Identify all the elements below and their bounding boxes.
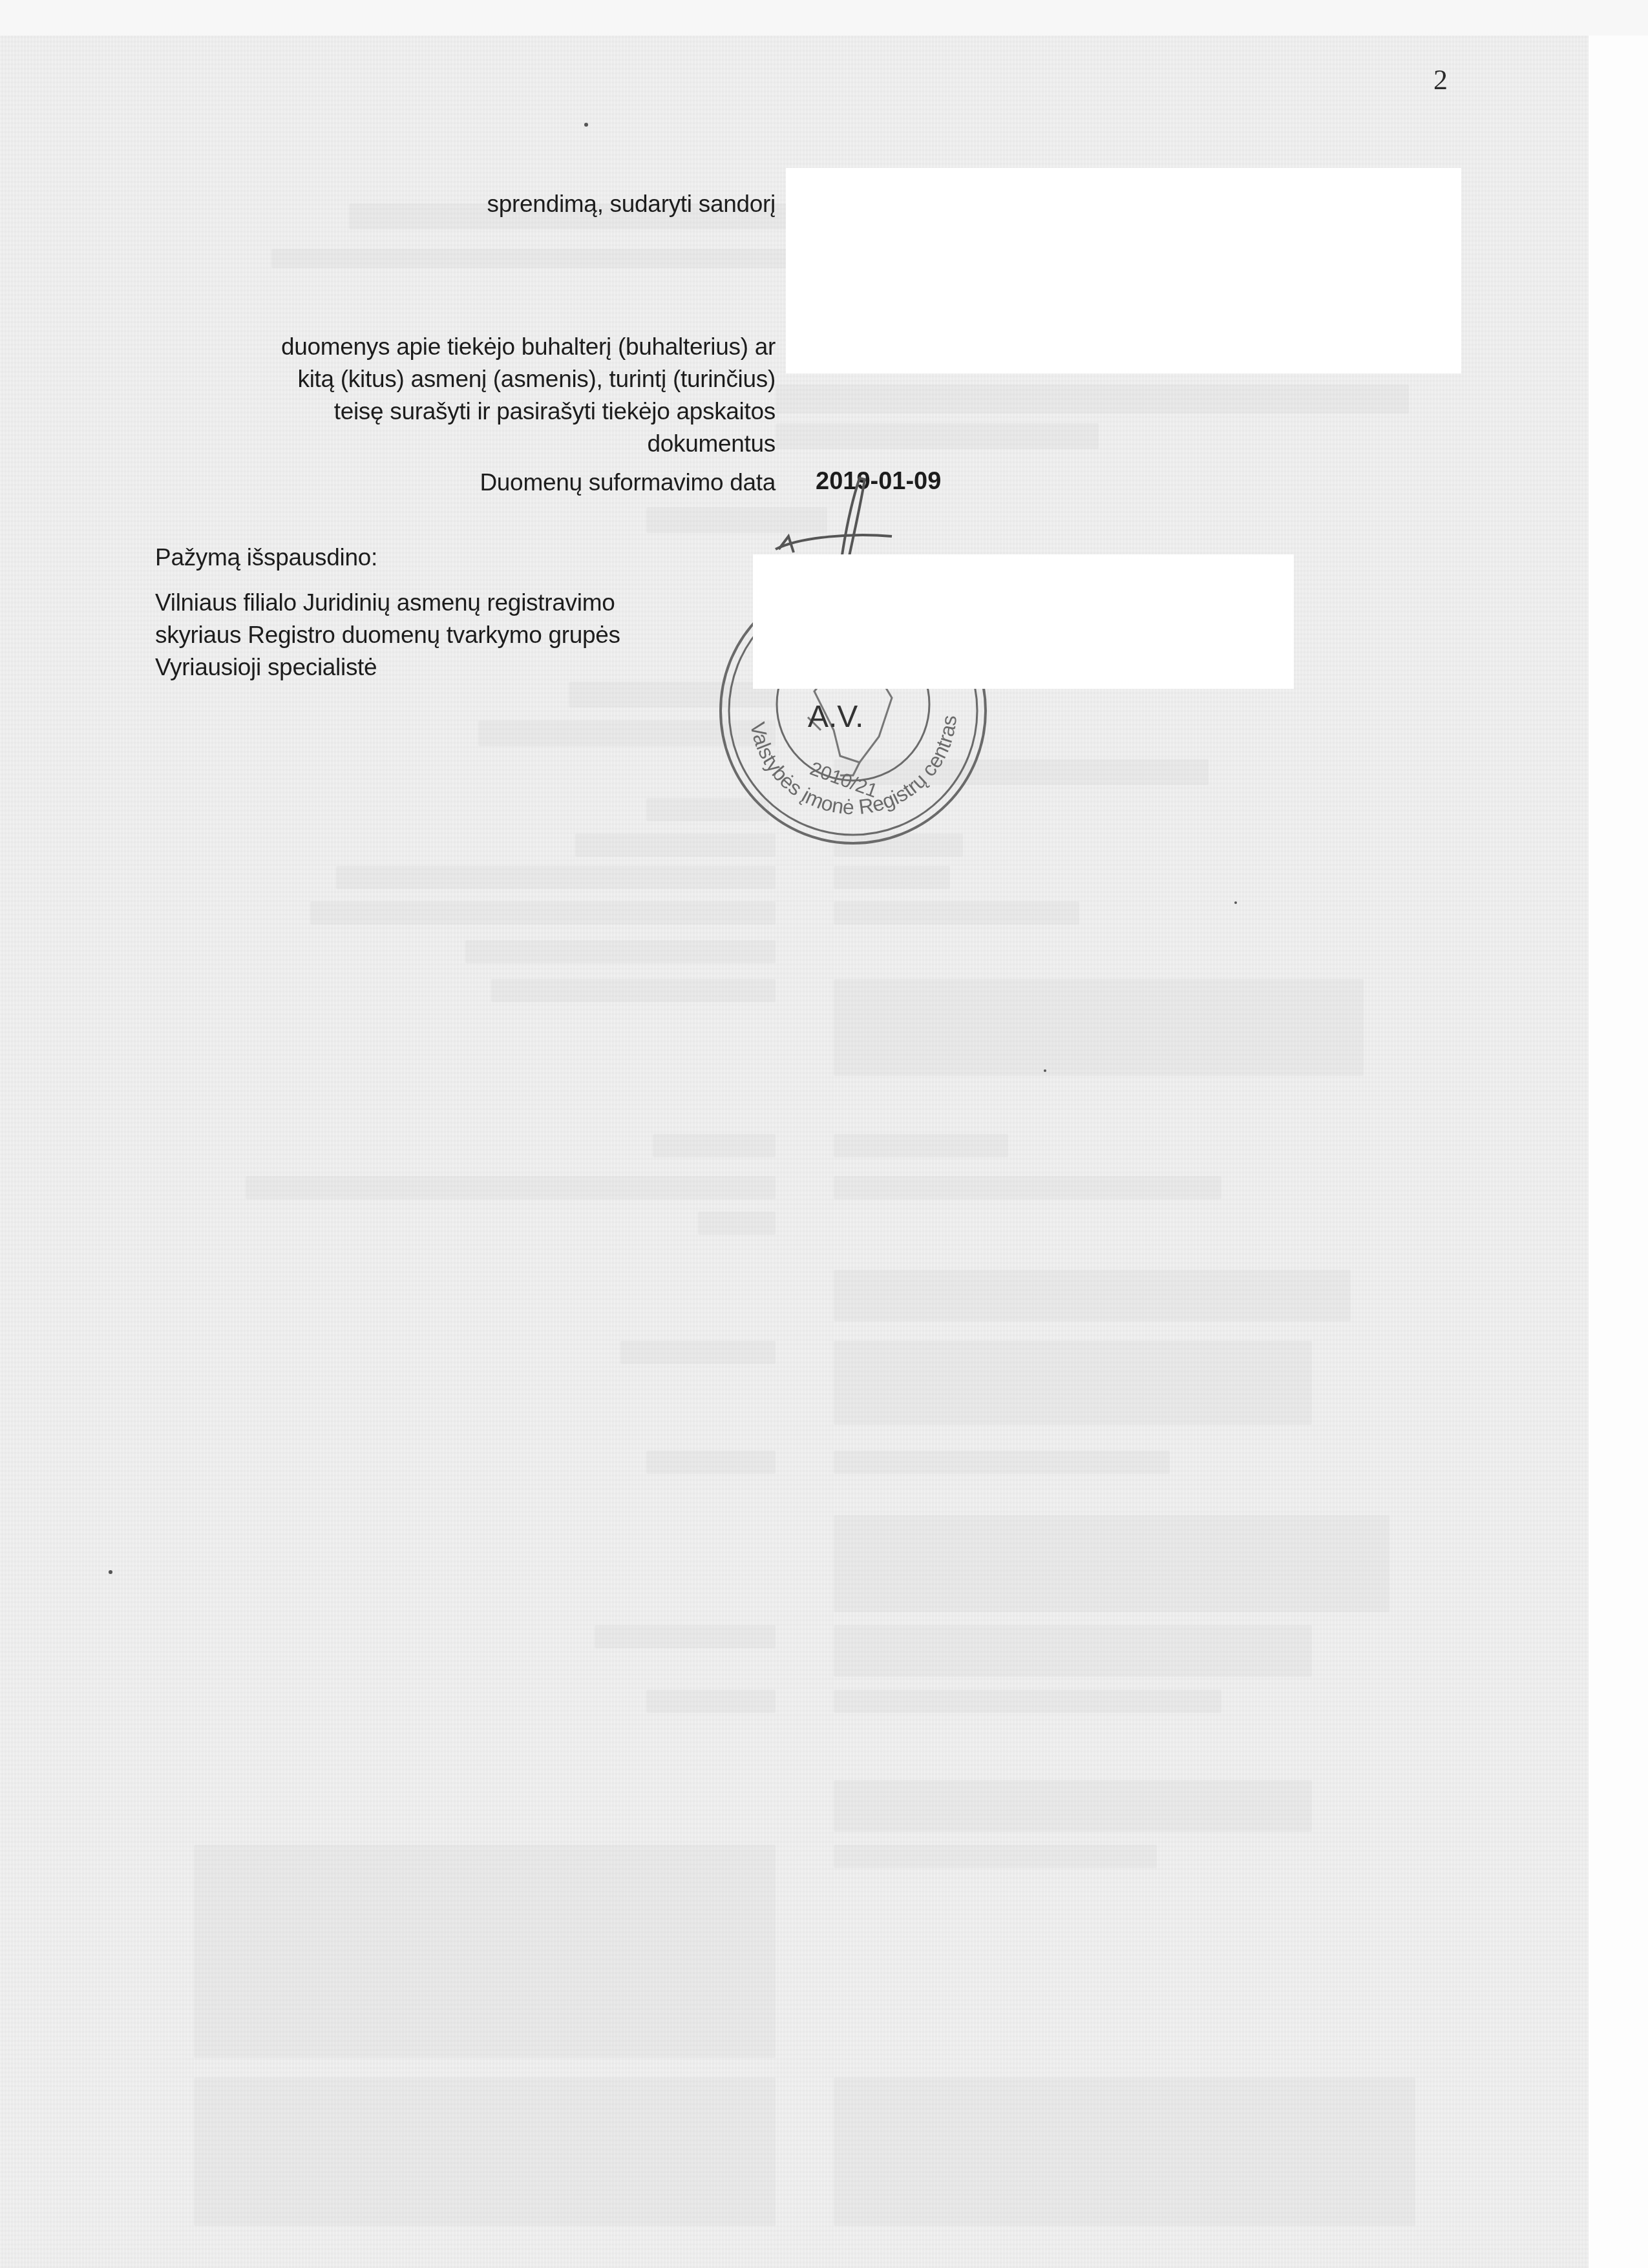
department-line: Vyriausioji specialistė (155, 651, 737, 684)
bleed-through-text (834, 1451, 1170, 1474)
bleed-through-text (834, 1690, 1221, 1713)
bleed-through-text (465, 940, 776, 963)
bleed-through-text (834, 979, 1364, 1076)
bleed-through-text (834, 1845, 1157, 1868)
bleed-through-text (698, 1212, 776, 1235)
bleed-through-text (776, 423, 1099, 449)
bleed-through-text (834, 1134, 1008, 1157)
scan-speck (584, 123, 588, 127)
scan-right-margin (1589, 36, 1648, 2268)
department-line: Vilniaus filialo Juridinių asmenų regist… (155, 587, 737, 619)
bleed-through-text (834, 866, 950, 889)
bleed-through-text (834, 1515, 1389, 1612)
bleed-through-text (646, 1690, 776, 1713)
bleed-through-text (646, 1451, 776, 1474)
label-line: duomenys apie tiekėjo buhalterį (buhalte… (129, 331, 776, 363)
scan-speck (1234, 901, 1237, 904)
bleed-through-text (310, 901, 776, 925)
bleed-through-text (595, 1625, 776, 1648)
bleed-through-text (834, 1780, 1312, 1832)
bleed-through-text (194, 1845, 776, 2058)
field-label-data-date: Duomenų suformavimo data (362, 467, 776, 499)
scan-speck (1044, 1069, 1046, 1072)
scan-speck (109, 1570, 112, 1574)
field-label-accountant: duomenys apie tiekėjo buhalterį (buhalte… (129, 331, 776, 460)
label-line: dokumentus (129, 428, 776, 460)
bleed-through-text (194, 2077, 776, 2226)
redacted-signatory-block (753, 554, 1294, 689)
page-number: 2 (1433, 63, 1448, 96)
seal-mark: A.V. (808, 700, 863, 734)
bleed-through-text (834, 1625, 1312, 1677)
bleed-through-text (834, 901, 1079, 925)
bleed-through-text (271, 249, 801, 268)
bleed-through-text (834, 2077, 1415, 2226)
bleed-through-text (834, 1176, 1221, 1199)
field-label-decision: sprendimą, sudaryti sandorį (362, 188, 776, 220)
label-line: kitą (kitus) asmenį (asmenis), turintį (… (129, 363, 776, 395)
bleed-through-text (834, 1341, 1312, 1425)
printed-by-heading: Pažymą išspausdino: (155, 541, 377, 574)
bleed-through-text (834, 1270, 1351, 1321)
department-line: skyriaus Registro duomenų tvarkymo grupė… (155, 619, 737, 651)
bleed-through-text (620, 1341, 776, 1364)
bleed-through-text (336, 866, 776, 889)
label-line: teisę surašyti ir pasirašyti tiekėjo aps… (129, 395, 776, 428)
bleed-through-text (653, 1134, 776, 1157)
bleed-through-text (491, 979, 776, 1002)
redacted-value-block (786, 168, 1461, 373)
scan-top-margin (0, 0, 1648, 36)
bleed-through-text (776, 384, 1409, 414)
bleed-through-text (246, 1176, 776, 1199)
printed-by-department: Vilniaus filialo Juridinių asmenų regist… (155, 587, 737, 684)
